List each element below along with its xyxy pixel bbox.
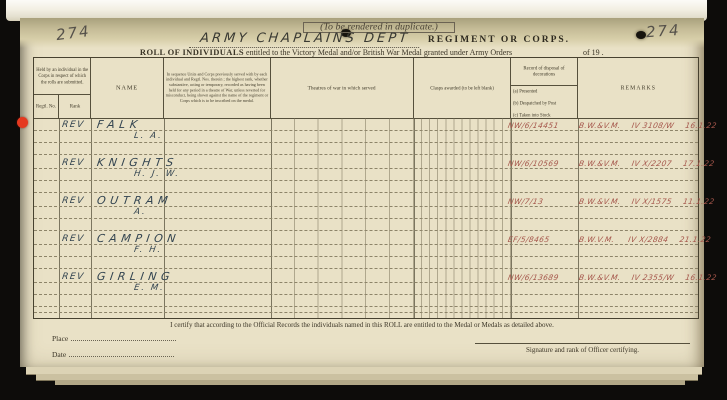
remarks-value: B.W.&V.M. IV 3108/W 16.1.22 xyxy=(578,121,717,130)
red-dot-marker xyxy=(17,117,28,128)
rank-value: REV xyxy=(61,234,85,244)
empty-ruled-lines xyxy=(34,308,698,318)
rank-value: REV xyxy=(61,272,85,282)
page-number-right: 274 xyxy=(645,21,681,41)
column-header-units-served: In sequence Units and Corps previously s… xyxy=(164,58,271,118)
remarks-value: B.W.V.M. IV X/2884 21.1.22 xyxy=(578,235,712,244)
column-header-remarks: REMARKS xyxy=(578,58,698,118)
table-row: REV CAMPION F. H. EF/5/8465 B.W.V.M. IV … xyxy=(34,232,698,270)
place-label: Place xyxy=(52,334,68,343)
table-header-row: Held by an individual in the Corps in re… xyxy=(34,58,698,119)
certify-statement: I certify that according to the Official… xyxy=(50,321,674,329)
regiment-or-corps-label: REGIMENT OR CORPS. xyxy=(428,35,570,45)
medal-roll-table: Held by an individual in the Corps in re… xyxy=(33,57,699,319)
place-blank-line xyxy=(71,332,176,341)
roll-title-lead: ROLL OF INDIVIDUALS xyxy=(140,47,244,57)
initials-value: L. A. xyxy=(133,131,163,141)
scanned-medal-roll-document: 274 274 (To be rendered in duplicate.) A… xyxy=(0,0,727,400)
column-header-rank: Rank xyxy=(59,95,91,118)
place-field: Place xyxy=(52,332,176,343)
signature-block: Signature and rank of Officer certifying… xyxy=(475,343,690,354)
initials-value: E. M. xyxy=(133,283,165,293)
remarks-value: B.W.&V.M. IV X/2207 17.1.22 xyxy=(578,159,715,168)
table-row: REV FALK L. A. NW/6/14451 B.W.&V.M. IV 3… xyxy=(34,118,698,156)
signature-line xyxy=(475,343,690,344)
initials-value: F. H. xyxy=(133,245,163,255)
rank-value: REV xyxy=(61,158,85,168)
remarks-value: B.W.&V.M. IV X/1575 11.1.22 xyxy=(578,197,715,206)
column-header-held-group: Held by an individual in the Corps in re… xyxy=(34,58,91,95)
signature-label: Signature and rank of Officer certifying… xyxy=(475,346,690,354)
corps-name-handwritten: ARMY CHAPLAINS DEPT xyxy=(189,31,421,48)
remarks-value: B.W.&V.M. IV 2355/W 16.1.22 xyxy=(578,273,717,282)
column-header-regtl-no: Regtl. No. xyxy=(34,95,59,118)
form-title-line: ARMY CHAPLAINS DEPTREGIMENT OR CORPS. xyxy=(170,29,590,48)
rank-value: REV xyxy=(61,120,85,130)
date-blank-line xyxy=(69,348,174,357)
table-body: REV FALK L. A. NW/6/14451 B.W.&V.M. IV 3… xyxy=(34,118,698,318)
date-label: Date xyxy=(52,350,66,359)
date-field: Date xyxy=(52,348,174,359)
column-header-record-of-disposal: Record of disposal of decorations (a) Pr… xyxy=(511,58,578,118)
table-row: REV GIRLING E. M. NW/6/13689 B.W.&V.M. I… xyxy=(34,270,698,308)
table-row: REV KNIGHTS H. J. W. NW/6/10569 B.W.&V.M… xyxy=(34,156,698,194)
roll-title-rest: entitled to the Victory Medal and/or Bri… xyxy=(244,48,512,57)
initials-value: H. J. W. xyxy=(133,169,181,179)
column-header-theatres: Theatres of war in which served xyxy=(271,58,414,118)
disposal-number: EF/5/8465 xyxy=(507,235,550,244)
year-line: of 19 . xyxy=(583,48,604,57)
page-stack-edge xyxy=(55,380,685,385)
disposal-number: NW/6/14451 xyxy=(507,121,559,130)
disposal-number: NW/7/13 xyxy=(507,197,544,206)
column-header-name: NAME xyxy=(91,58,164,118)
punch-hole-icon xyxy=(636,31,646,39)
disposal-number: NW/6/10569 xyxy=(507,159,559,168)
initials-value: A. xyxy=(133,207,147,217)
table-row: REV OUTRAM A. NW/7/13 B.W.&V.M. IV X/157… xyxy=(34,194,698,232)
rank-value: REV xyxy=(61,196,85,206)
column-header-clasps: Clasps awarded (to be left blank) xyxy=(414,58,511,118)
scanned-page: 274 274 (To be rendered in duplicate.) A… xyxy=(20,18,704,367)
roll-title: ROLL OF INDIVIDUALS entitled to the Vict… xyxy=(20,47,632,57)
disposal-number: NW/6/13689 xyxy=(507,273,559,282)
